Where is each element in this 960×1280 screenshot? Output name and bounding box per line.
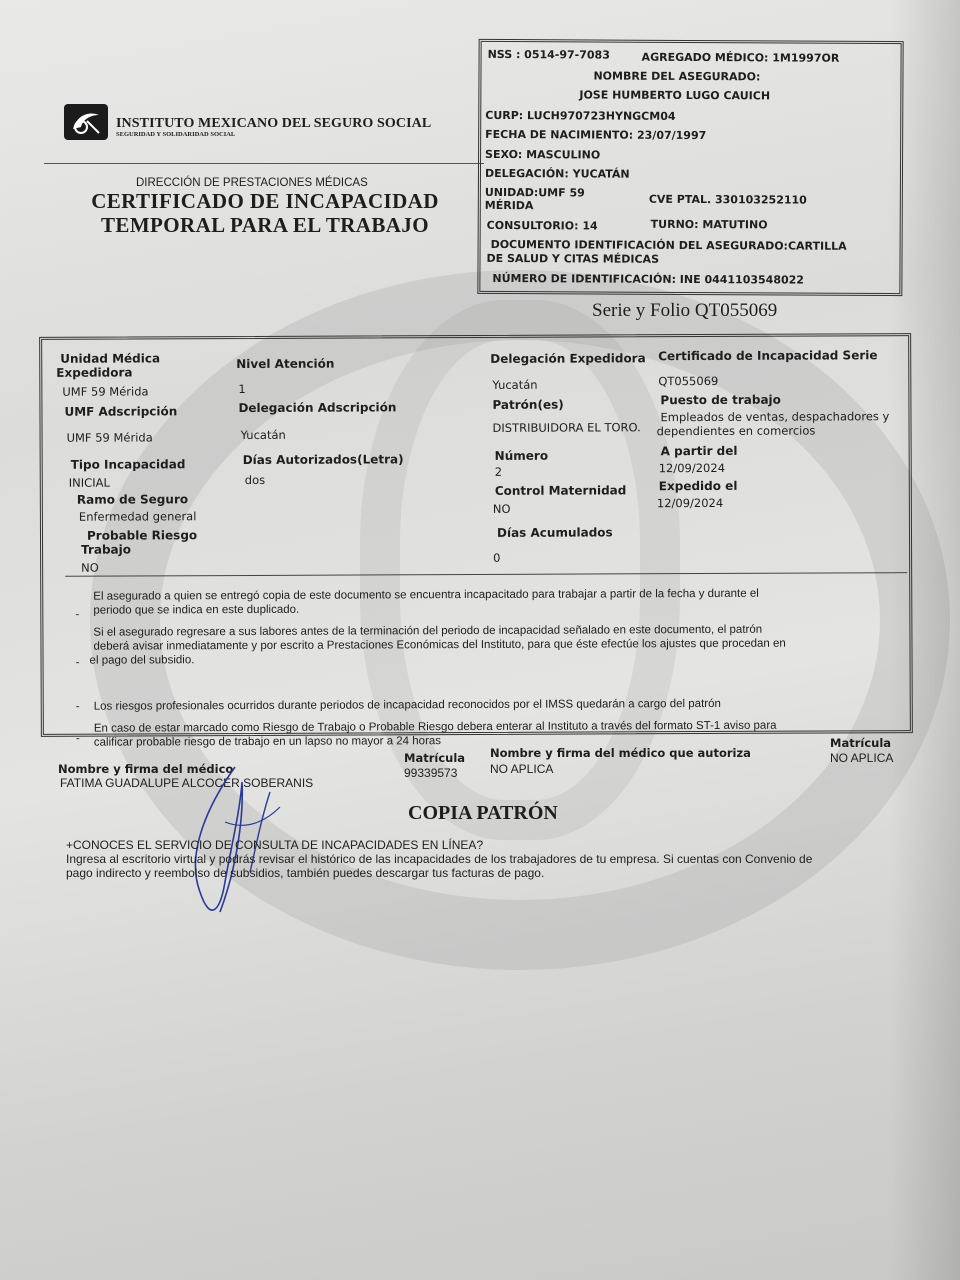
umf-adscripcion-label: UMF Adscripción [64, 404, 177, 418]
unidad-line-1: UNIDAD:UMF 59 [485, 186, 585, 200]
nivel-atencion-label: Nivel Atención [236, 357, 334, 371]
expedido-value: 12/09/2024 [657, 497, 723, 510]
institution-name: INSTITUTO MEXICANO DEL SEGURO SOCIAL [116, 116, 431, 132]
dias-autorizados-label: Días Autorizados(Letra) [243, 452, 404, 467]
tipo-incapacidad-label: Tipo Incapacidad [71, 457, 186, 472]
delegacion-expedidora-value: Yucatán [492, 379, 537, 392]
unidad-line-2: MÉRIDA [485, 199, 534, 212]
matricula-value: 99339573 [404, 766, 457, 780]
bullet-dash: - [76, 656, 80, 669]
header-divider [44, 163, 484, 164]
control-maternidad-value: NO [493, 503, 511, 516]
bullet-dash: - [76, 700, 80, 713]
delegacion-expedidora-label: Delegación Expedidora [490, 351, 646, 366]
info-line-2: Ingresa al escritorio virtual y podrás r… [66, 852, 812, 866]
numero-label: Número [495, 449, 548, 463]
sexo: SEXO: MASCULINO [485, 148, 600, 162]
patron-value: DISTRIBUIDORA EL TORO. [493, 421, 641, 435]
numero-value: 2 [495, 466, 502, 479]
agregado-medico: AGREGADO MÉDICO: 1M1997OR [642, 51, 840, 65]
dias-acumulados-label: Días Acumulados [497, 525, 613, 540]
serie-folio: Serie y Folio QT055069 [592, 300, 777, 322]
imss-eagle-logo-icon [64, 104, 108, 140]
matricula-label: Matrícula [404, 751, 465, 765]
consultorio: CONSULTORIO: 14 [487, 219, 598, 233]
note-4: En caso de estar marcado como Riesgo de … [94, 718, 894, 749]
nombre-label: NOMBRE DEL ASEGURADO: [593, 69, 760, 83]
matricula2-value: NO APLICA [830, 751, 893, 765]
a-partir-value: 12/09/2024 [659, 462, 725, 475]
direccion-label: DIRECCIÓN DE PRESTACIONES MÉDICAS [136, 177, 368, 189]
matricula2-label: Matrícula [830, 736, 891, 750]
delegacion: DELEGACIÓN: YUCATÁN [485, 167, 630, 181]
notes-divider [65, 572, 907, 577]
a-partir-label: A partir del [661, 444, 738, 458]
patient-info-box: NSS : 0514-97-7083 AGREGADO MÉDICO: 1M19… [477, 39, 903, 296]
bullet-dash: - [76, 732, 80, 745]
medico-autoriza-value: NO APLICA [490, 762, 553, 776]
curp: CURP: LUCH970723HYNGCM04 [485, 109, 675, 123]
copia-patron: COPIA PATRÓN [408, 802, 558, 825]
patron-label: Patrón(es) [492, 398, 563, 412]
title-line-2: TEMPORAL PARA EL TRABAJO [90, 213, 440, 237]
umf-adscripcion-value: UMF 59 Mérida [67, 431, 153, 444]
info-line-1: +CONOCES EL SERVICIO DE CONSULTA DE INCA… [66, 838, 483, 852]
doc-identificacion-1: DOCUMENTO IDENTIFICACIÓN DEL ASEGURADO:C… [491, 238, 847, 253]
numero-identificacion: NÚMERO DE IDENTIFICACIÓN: INE 0441103548… [492, 272, 804, 287]
probable-riesgo-value: NO [81, 562, 99, 575]
puesto-trabajo-value-2: dependientes en comercios [657, 425, 816, 439]
note-2: Si el asegurado regresare a sus labores … [93, 622, 893, 667]
tipo-incapacidad-value: INICIAL [69, 477, 110, 490]
certificado-serie-label: Certificado de Incapacidad Serie [658, 348, 877, 363]
certificate-details-box: Unidad Médica Expedidora UMF 59 Mérida U… [39, 333, 913, 737]
nss: NSS : 0514-97-7083 [488, 48, 610, 62]
expedido-label: Expedido el [659, 479, 738, 493]
note-1: El asegurado a quien se entregó copia de… [93, 586, 893, 617]
fecha-nacimiento: FECHA DE NACIMIENTO: 23/07/1997 [485, 128, 706, 142]
bullet-dash: - [75, 608, 79, 621]
delegacion-adscripcion-value: Yucatán [241, 429, 286, 442]
delegacion-adscripcion-label: Delegación Adscripción [238, 400, 396, 415]
ramo-seguro-label: Ramo de Seguro [77, 492, 188, 506]
document-title: CERTIFICADO DE INCAPACIDAD TEMPORAL PARA… [90, 189, 440, 237]
institution-tagline: SEGURIDAD Y SOLIDARIDAD SOCIAL [116, 131, 235, 138]
info-line-3: pago indirecto y reembolso de subsidios,… [66, 866, 544, 880]
dias-acumulados-value: 0 [493, 552, 500, 565]
unidad-expedidora-value: UMF 59 Mérida [62, 385, 148, 398]
medico-autoriza-label: Nombre y firma del médico que autoriza [490, 746, 751, 760]
turno: TURNO: MATUTINO [651, 218, 768, 232]
control-maternidad-label: Control Maternidad [495, 483, 627, 498]
title-line-1: CERTIFICADO DE INCAPACIDAD [90, 189, 440, 213]
ramo-seguro-value: Enfermedad general [79, 510, 197, 524]
doc-identificacion-2: DE SALUD Y CITAS MÉDICAS [486, 252, 659, 266]
puesto-trabajo-label: Puesto de trabajo [660, 393, 781, 408]
note-3: Los riesgos profesionales ocurridos dura… [94, 696, 894, 713]
puesto-trabajo-value-1: Empleados de ventas, despachadores y [660, 410, 889, 424]
cve-ptal: CVE PTAL. 330103252110 [649, 193, 807, 207]
certificado-serie-value: QT055069 [658, 375, 718, 388]
probable-riesgo-label: Probable Riesgo Trabajo [87, 528, 197, 556]
unidad-expedidora-label: Unidad Médica Expedidora [60, 351, 160, 379]
dias-autorizados-value: dos [245, 474, 265, 487]
nivel-atencion-value: 1 [238, 383, 245, 396]
patient-name: JOSE HUMBERTO LUGO CAUICH [579, 88, 770, 102]
